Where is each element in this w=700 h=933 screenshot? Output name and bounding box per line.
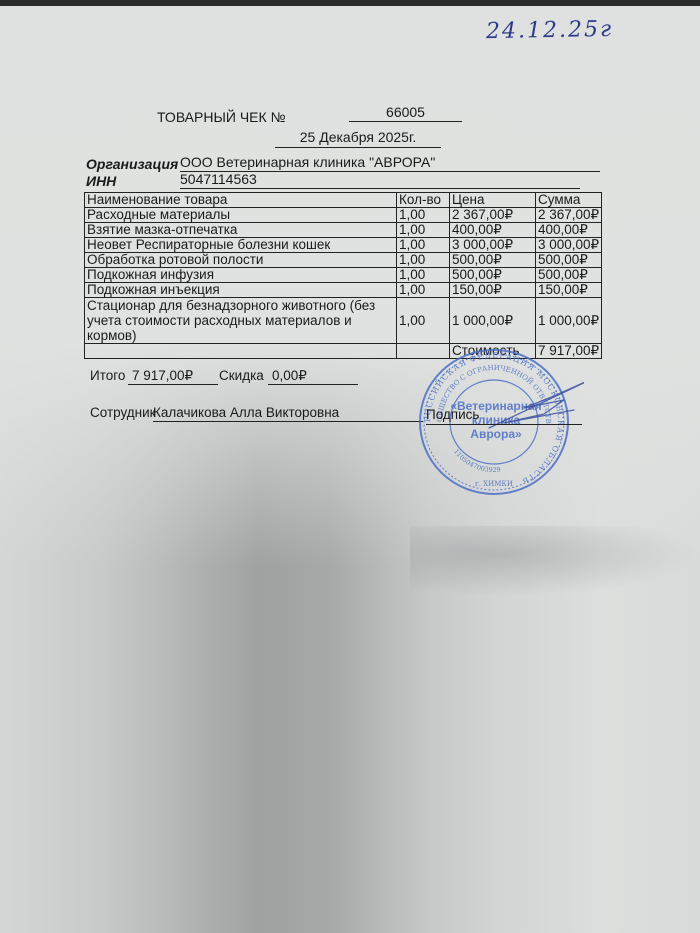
receipt-paper: 24.12.25г ТОВАРНЫЙ ЧЕК № 66005 25 Декабр… [0,6,700,933]
item-name: Взятие мазка-отпечатка [85,223,397,238]
table-header-row: Наименование товара Кол-во Цена Сумма [85,193,602,208]
item-qty: 1,00 [397,268,450,283]
item-name: Расходные материалы [85,208,397,223]
item-name: Стационар для безнадзорного животного (б… [85,298,397,344]
item-price: 1 000,00₽ [450,298,536,344]
item-price: 500,00₽ [450,253,536,268]
header-qty: Кол-во [397,193,450,208]
table-row: Подкожная инфузия 1,00 500,00₽ 500,00₽ [85,268,602,283]
item-qty: 1,00 [397,223,450,238]
item-name: Неовет Респираторные болезни кошек [85,238,397,253]
item-sum: 400,00₽ [536,223,602,238]
table-row: Расходные материалы 1,00 2 367,00₽ 2 367… [85,208,602,223]
receipt-number: 66005 [349,104,462,122]
total-value: 7 917,00₽ [128,368,218,385]
table-row: Взятие мазка-отпечатка 1,00 400,00₽ 400,… [85,223,602,238]
item-price: 500,00₽ [450,268,536,283]
inn-label: ИНН [86,173,116,189]
item-qty: 1,00 [397,208,450,223]
item-qty: 1,00 [397,253,450,268]
company-stamp-icon: РОССИЙСКАЯ ФЕДЕРАЦИЯ МОСКОВСКАЯ ОБЛАСТЬ … [404,348,584,496]
item-sum: 150,00₽ [536,283,602,298]
item-sum: 3 000,00₽ [536,238,602,253]
item-qty: 1,00 [397,298,450,344]
item-sum: 500,00₽ [536,268,602,283]
table-row: Стационар для безнадзорного животного (б… [85,298,602,344]
organization-label: Организация [86,156,178,172]
employee-label: Сотрудник [90,405,156,420]
inn-value: 5047114563 [180,171,580,189]
item-sum: 1 000,00₽ [536,298,602,344]
empty-cell [85,344,397,359]
receipt-content: 24.12.25г ТОВАРНЫЙ ЧЕК № 66005 25 Декабр… [0,6,700,566]
item-price: 3 000,00₽ [450,238,536,253]
table-row: Неовет Респираторные болезни кошек 1,00 … [85,238,602,253]
item-sum: 2 367,00₽ [536,208,602,223]
handwritten-date: 24.12.25г [486,17,614,44]
item-name: Подкожная инъекция [85,283,397,298]
stamp-city: г. ХИМКИ [475,480,513,488]
item-qty: 1,00 [397,283,450,298]
item-qty: 1,00 [397,238,450,253]
discount-label: Скидка [219,368,264,383]
header-price: Цена [450,193,536,208]
item-price: 150,00₽ [450,283,536,298]
item-name: Подкожная инфузия [85,268,397,283]
discount-value: 0,00₽ [268,368,358,385]
table-row: Подкожная инъекция 1,00 150,00₽ 150,00₽ [85,283,602,298]
item-price: 400,00₽ [450,223,536,238]
item-name: Обработка ротовой полости [85,253,397,268]
organization-value: ООО Ветеринарная клиника "АВРОРА" [180,154,600,172]
employee-name: Калачикова Алла Викторовна [153,405,423,422]
receipt-date: 25 Декабря 2025г. [275,129,441,148]
header-sum: Сумма [536,193,602,208]
signature-line [426,424,582,425]
total-label: Итого [90,368,125,383]
item-price: 2 367,00₽ [450,208,536,223]
items-table: Наименование товара Кол-во Цена Сумма Ра… [84,192,602,359]
item-sum: 500,00₽ [536,253,602,268]
signature-label: Подпись [426,407,479,422]
receipt-title: ТОВАРНЫЙ ЧЕК № [157,109,286,125]
stamp-center-3: Аврора» [470,427,522,441]
header-name: Наименование товара [85,193,397,208]
table-row: Обработка ротовой полости 1,00 500,00₽ 5… [85,253,602,268]
